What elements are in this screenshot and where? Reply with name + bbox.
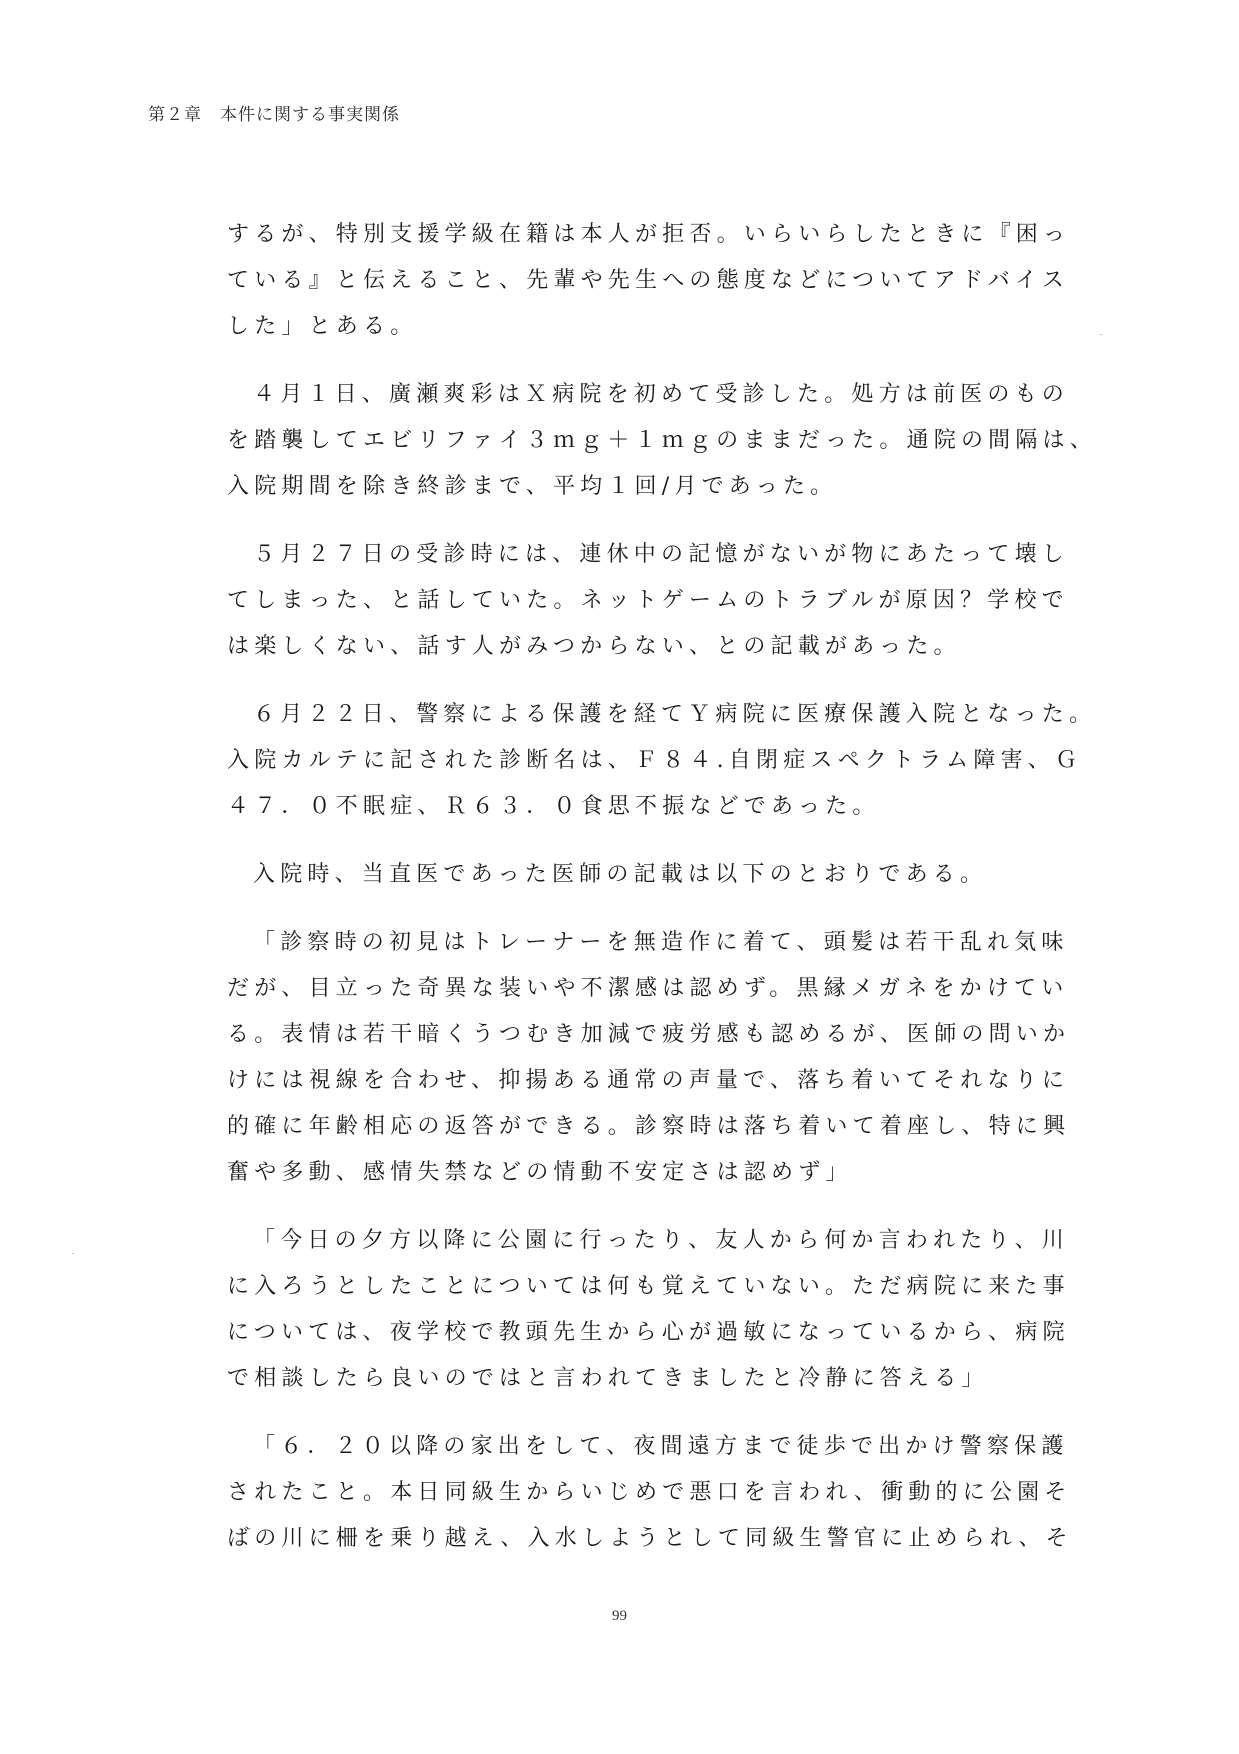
text-line: を踏襲してエビリファイ３ｍｇ＋１ｍｇのままだった。通院の間隔は、: [227, 426, 1097, 456]
text-line: けには視線を合わせ、抑揚ある通常の声量で、落ち着いてそれなりに: [227, 1066, 1069, 1096]
paragraph-first-line: ６月２２日、警察による保護を経てＹ病院に医療保護入院となった。: [253, 700, 1096, 730]
scan-speck: [249, 1528, 251, 1529]
text-line: 入院カルテに記された診断名は、Ｆ８４.自閉症スペクトラム障害、Ｇ: [227, 746, 1082, 776]
text-line: 入院期間を除き終診まで、平均１回/月であった。: [227, 472, 837, 502]
quote-first-line: 「診察時の初見はトレーナーを無造作に着て、頭髪は若干乱れ気味: [253, 928, 1069, 958]
text-line: については、夜学校で教頭先生から心が過敏になっているから、病院: [227, 1318, 1070, 1348]
paragraph-first-line: 入院時、当直医であった医師の記載は以下のとおりである。: [253, 860, 987, 890]
quote-first-line: 「今日の夕方以降に公園に行ったり、友人から何か言われたり、川: [253, 1226, 1069, 1256]
text-line: る。表情は若干暗くうつむき加減で疲労感も認めるが、医師の問いか: [227, 1020, 1070, 1050]
text-line: だが、目立った奇異な装いや不潔感は認めず。黒縁メガネをかけてい: [227, 974, 1068, 1004]
text-line: に入ろうとしたことについては何も覚えていない。ただ病院に来た事: [227, 1272, 1070, 1302]
paragraph-first-line: ４月１日、廣瀬爽彩はＸ病院を初めて受診した。処方は前医のもの: [253, 380, 1069, 410]
text-line: てしまった、と話していた。ネットゲームのトラブルが原因？学校で: [227, 586, 1069, 616]
running-header-chapter-title: 第２章 本件に関する事実関係: [148, 100, 400, 125]
text-line: ている』と伝えること、先輩や先生への態度などについてアドバイス: [227, 266, 1069, 296]
text-line: で相談したら良いのではと言われてきましたと冷静に答える」: [227, 1364, 989, 1394]
text-line: するが、特別支援学級在籍は本人が拒否。いらいらしたときに『困っ: [227, 220, 1070, 250]
scan-speck: [72, 1253, 74, 1254]
paragraph-first-line: ５月２７日の受診時には、連休中の記憶がないが物にあたって壊し: [253, 540, 1069, 570]
text-line: ４７．０不眠症、Ｒ６３．０食思不振などであった。: [227, 792, 880, 822]
scan-speck: [1100, 334, 1102, 335]
text-line: ばの川に柵を乗り越え、入水しようとして同級生警官に止められ、そ: [227, 1524, 1073, 1554]
page-number: 99: [0, 1608, 1239, 1625]
text-line: した」とある。: [227, 312, 417, 342]
quote-first-line: 「６．２０以降の家出をして、夜間遠方まで徒歩で出かけ警察保護: [253, 1432, 1069, 1462]
text-line: されたこと。本日同級生からいじめで悪口を言われ、衝動的に公園そ: [227, 1478, 1072, 1508]
text-line: 奮や多動、感情失禁などの情動不安定さは認めず」: [227, 1158, 853, 1188]
text-line: は楽しくない、話す人がみつからない、との記載があった。: [227, 632, 961, 662]
text-line: 的確に年齢相応の返答ができる。診察時は落ち着いて着座し、特に興: [227, 1112, 1070, 1142]
